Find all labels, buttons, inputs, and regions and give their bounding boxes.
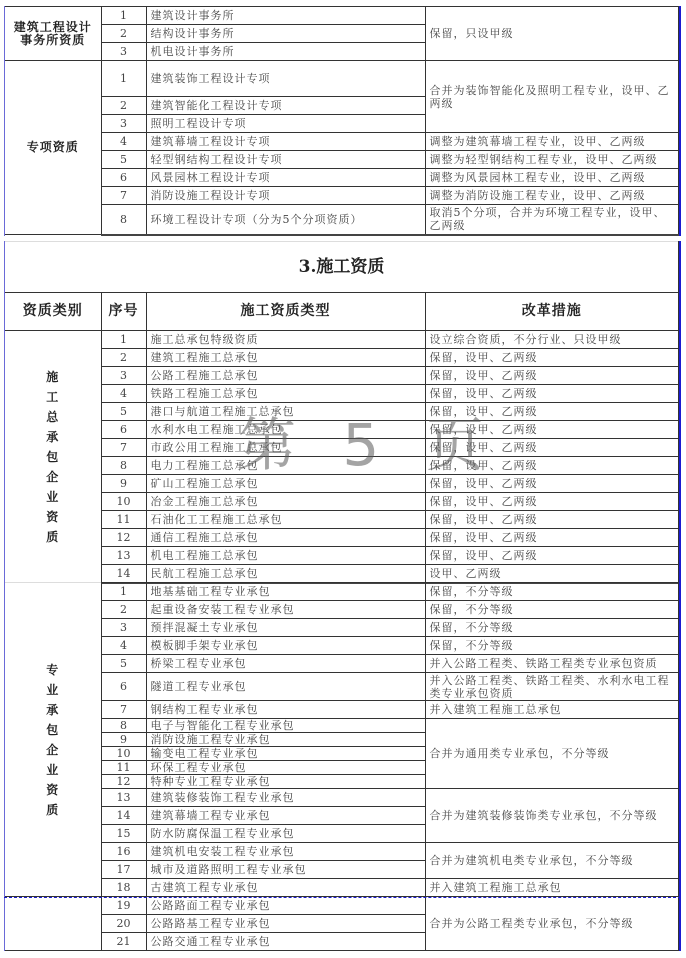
qualification-name: 机电工程施工总承包 (146, 547, 425, 565)
row-number: 11 (101, 511, 146, 529)
qualification-name: 铁路工程施工总承包 (146, 385, 425, 403)
row-number: 14 (101, 807, 146, 825)
category-specialty-contracting: 专业承包企业资质 (5, 583, 101, 897)
qualification-name: 建筑智能化工程设计专项 (146, 97, 425, 115)
reform-measure: 调整为轻型钢结构工程专业，设甲、乙两级 (425, 151, 679, 169)
row-number: 19 (101, 897, 146, 915)
reform-measure: 调整为消防设施工程专业，设甲、乙两级 (425, 187, 679, 205)
category-general-contracting: 施工总承包企业资质 (5, 331, 101, 583)
row-number: 8 (101, 457, 146, 475)
qualification-name: 结构设计事务所 (146, 25, 425, 43)
reform-measure: 合并为建筑机电类专业承包，不分等级 (425, 843, 679, 879)
section-title: 3.施工资质 (5, 242, 679, 293)
qualification-name: 环境工程设计专项（分为5个分项资质） (146, 205, 425, 235)
row-number: 4 (101, 637, 146, 655)
row-number: 21 (101, 933, 146, 951)
qualification-name: 城市及道路照明工程专业承包 (146, 861, 425, 879)
reform-measure: 合并为建筑装修装饰类专业承包，不分等级 (425, 789, 679, 843)
table-row: 8 电力工程施工总承包 保留，设甲、乙两级 (5, 457, 679, 475)
header-category: 资质类别 (5, 293, 101, 331)
qualification-name: 古建筑工程专业承包 (146, 879, 425, 897)
table-row: 2 建筑工程施工总承包 保留，设甲、乙两级 (5, 349, 679, 367)
row-number: 15 (101, 825, 146, 843)
row-number: 2 (101, 97, 146, 115)
row-number: 5 (101, 403, 146, 421)
row-number: 5 (101, 655, 146, 673)
row-number: 6 (101, 673, 146, 701)
row-number: 7 (101, 187, 146, 205)
row-number: 13 (101, 789, 146, 807)
reform-measure: 设立综合资质，不分行业、只设甲级 (425, 331, 679, 349)
table-row: 12 通信工程施工总承包 保留，设甲、乙两级 (5, 529, 679, 547)
qualification-name: 建筑机电安装工程专业承包 (146, 843, 425, 861)
row-number: 1 (101, 61, 146, 97)
reform-measure: 并入建筑工程施工总承包 (425, 701, 679, 719)
table-row: 4 铁路工程施工总承包 保留，设甲、乙两级 (5, 385, 679, 403)
reform-measure: 并入公路工程类、铁路工程类专业承包资质 (425, 655, 679, 673)
header-type: 施工资质类型 (146, 293, 425, 331)
row-number: 4 (101, 133, 146, 151)
qualification-name: 起重设备安装工程专业承包 (146, 601, 425, 619)
table-row: 5 桥梁工程专业承包 并入公路工程类、铁路工程类专业承包资质 (5, 655, 679, 673)
table-row: 2 起重设备安装工程专业承包 保留，不分等级 (5, 601, 679, 619)
row-number: 1 (101, 583, 146, 601)
qualification-name: 建筑幕墙工程设计专项 (146, 133, 425, 151)
table-row: 6 水利水电工程施工总承包 保留，设甲、乙两级 (5, 421, 679, 439)
qualification-name: 矿山工程施工总承包 (146, 475, 425, 493)
reform-measure: 保留，设甲、乙两级 (425, 493, 679, 511)
qualification-name: 建筑装修装饰工程专业承包 (146, 789, 425, 807)
reform-measure: 保留，设甲、乙两级 (425, 421, 679, 439)
row-number: 4 (101, 385, 146, 403)
table-row: 11 石油化工工程施工总承包 保留，设甲、乙两级 (5, 511, 679, 529)
row-number: 9 (101, 475, 146, 493)
qualification-name: 市政公用工程施工总承包 (146, 439, 425, 457)
row-number: 2 (101, 349, 146, 367)
table-row: 13 机电工程施工总承包 保留，设甲、乙两级 (5, 547, 679, 565)
qualification-name: 民航工程施工总承包 (146, 565, 425, 583)
reform-measure: 保留，设甲、乙两级 (425, 349, 679, 367)
qualification-name: 特种专业工程专业承包 (146, 775, 425, 789)
qualification-name: 水利水电工程施工总承包 (146, 421, 425, 439)
row-number: 12 (101, 529, 146, 547)
design-qualification-table-tail: 建筑工程设计 事务所资质 1 建筑设计事务所 保留，只设甲级 2 结构设计事务所… (4, 6, 681, 236)
reform-measure: 保留，设甲、乙两级 (425, 547, 679, 565)
row-number: 17 (101, 861, 146, 879)
header-number: 序号 (101, 293, 146, 331)
reform-measure: 保留，不分等级 (425, 637, 679, 655)
table-row: 4 模板脚手架专业承包 保留，不分等级 (5, 637, 679, 655)
qualification-name: 公路路基工程专业承包 (146, 915, 425, 933)
qualification-name: 输变电工程专业承包 (146, 747, 425, 761)
table-row: 16 建筑机电安装工程专业承包 合并为建筑机电类专业承包，不分等级 (5, 843, 679, 861)
row-number: 3 (101, 367, 146, 385)
row-number: 2 (101, 601, 146, 619)
table-row: 6 隧道工程专业承包 并入公路工程类、铁路工程类、水利水电工程类专业承包资质 (5, 673, 679, 701)
row-number: 6 (101, 169, 146, 187)
reform-measure: 合并为装饰智能化及照明工程专业，设甲、乙两级 (425, 61, 679, 133)
row-number: 8 (101, 719, 146, 733)
category-design-office: 建筑工程设计 事务所资质 (5, 7, 101, 61)
qualification-name: 环保工程专业承包 (146, 761, 425, 775)
row-number: 3 (101, 43, 146, 61)
qualification-name: 通信工程施工总承包 (146, 529, 425, 547)
table-row: 7 钢结构工程专业承包 并入建筑工程施工总承包 (5, 701, 679, 719)
table-row: 8 电子与智能化工程专业承包 合并为通用类专业承包，不分等级 (5, 719, 679, 733)
qualification-name: 机电设计事务所 (146, 43, 425, 61)
table-row: 10 冶金工程施工总承包 保留，设甲、乙两级 (5, 493, 679, 511)
table-row: 14 民航工程施工总承包 设甲、乙两级 (5, 565, 679, 583)
header-measure: 改革措施 (425, 293, 679, 331)
reform-measure: 调整为建筑幕墙工程专业，设甲、乙两级 (425, 133, 679, 151)
qualification-name: 建筑幕墙工程专业承包 (146, 807, 425, 825)
row-number: 10 (101, 747, 146, 761)
table-row: 19 公路路面工程专业承包 合并为公路工程类专业承包，不分等级 (5, 897, 679, 915)
reform-measure: 保留，只设甲级 (425, 7, 679, 61)
row-number: 13 (101, 547, 146, 565)
qualification-name: 建筑设计事务所 (146, 7, 425, 25)
qualification-name: 公路工程施工总承包 (146, 367, 425, 385)
table-row: 7 市政公用工程施工总承包 保留，设甲、乙两级 (5, 439, 679, 457)
reform-measure: 保留，设甲、乙两级 (425, 475, 679, 493)
table-row: 13 建筑装修装饰工程专业承包 合并为建筑装修装饰类专业承包，不分等级 (5, 789, 679, 807)
qualification-name: 建筑工程施工总承包 (146, 349, 425, 367)
table-row: 施工总承包企业资质 1 施工总承包特级资质 设立综合资质，不分行业、只设甲级 (5, 331, 679, 349)
reform-measure: 保留，不分等级 (425, 619, 679, 637)
qualification-name: 公路交通工程专业承包 (146, 933, 425, 951)
reform-measure: 保留，设甲、乙两级 (425, 529, 679, 547)
reform-measure: 设甲、乙两级 (425, 565, 679, 583)
qualification-name: 钢结构工程专业承包 (146, 701, 425, 719)
row-number: 7 (101, 439, 146, 457)
table-row: 3 公路工程施工总承包 保留，设甲、乙两级 (5, 367, 679, 385)
reform-measure: 保留，设甲、乙两级 (425, 511, 679, 529)
qualification-name: 风景园林工程设计专项 (146, 169, 425, 187)
reform-measure: 并入建筑工程施工总承包 (425, 879, 679, 897)
qualification-name: 电子与智能化工程专业承包 (146, 719, 425, 733)
reform-measure: 取消5个分项，合并为环境工程专业，设甲、乙两级 (425, 205, 679, 235)
table-row: 18 古建筑工程专业承包 并入建筑工程施工总承包 (5, 879, 679, 897)
construction-qualification-table: 3.施工资质 资质类别 序号 施工资质类型 改革措施 施工总承包企业资质 1 施… (4, 241, 681, 584)
table-row: 3 预拌混凝土专业承包 保留，不分等级 (5, 619, 679, 637)
row-number: 16 (101, 843, 146, 861)
reform-measure: 保留，设甲、乙两级 (425, 385, 679, 403)
qualification-name: 桥梁工程专业承包 (146, 655, 425, 673)
qualification-name: 冶金工程施工总承包 (146, 493, 425, 511)
table-row: 5 港口与航道工程施工总承包 保留，设甲、乙两级 (5, 403, 679, 421)
row-number: 1 (101, 7, 146, 25)
reform-measure: 调整为风景园林工程专业，设甲、乙两级 (425, 169, 679, 187)
row-number: 10 (101, 493, 146, 511)
row-number: 1 (101, 331, 146, 349)
row-number: 7 (101, 701, 146, 719)
qualification-name: 消防设施工程专业承包 (146, 733, 425, 747)
row-number: 3 (101, 619, 146, 637)
qualification-name: 模板脚手架专业承包 (146, 637, 425, 655)
qualification-name: 隧道工程专业承包 (146, 673, 425, 701)
row-number: 14 (101, 565, 146, 583)
reform-measure: 保留，设甲、乙两级 (425, 439, 679, 457)
qualification-name: 公路路面工程专业承包 (146, 897, 425, 915)
qualification-name: 照明工程设计专项 (146, 115, 425, 133)
reform-measure: 保留，设甲、乙两级 (425, 403, 679, 421)
reform-measure: 合并为通用类专业承包，不分等级 (425, 719, 679, 789)
row-number: 2 (101, 25, 146, 43)
qualification-name: 施工总承包特级资质 (146, 331, 425, 349)
row-number: 6 (101, 421, 146, 439)
reform-measure: 保留，设甲、乙两级 (425, 457, 679, 475)
row-number: 8 (101, 205, 146, 235)
row-number: 9 (101, 733, 146, 747)
specialty-contracting-table: 专业承包企业资质 1 地基基础工程专业承包 保留，不分等级 2 起重设备安装工程… (4, 582, 681, 951)
row-number: 5 (101, 151, 146, 169)
reform-measure: 并入公路工程类、铁路工程类、水利水电工程类专业承包资质 (425, 673, 679, 701)
qualification-name: 轻型钢结构工程设计专项 (146, 151, 425, 169)
qualification-name: 港口与航道工程施工总承包 (146, 403, 425, 421)
qualification-name: 预拌混凝土专业承包 (146, 619, 425, 637)
table-row: 9 矿山工程施工总承包 保留，设甲、乙两级 (5, 475, 679, 493)
qualification-name: 建筑装饰工程设计专项 (146, 61, 425, 97)
qualification-name: 消防设施工程设计专项 (146, 187, 425, 205)
table-row: 专业承包企业资质 1 地基基础工程专业承包 保留，不分等级 (5, 583, 679, 601)
reform-measure: 保留，不分等级 (425, 601, 679, 619)
reform-measure: 保留，不分等级 (425, 583, 679, 601)
row-number: 3 (101, 115, 146, 133)
category-specialty-continued (5, 897, 101, 951)
row-number: 20 (101, 915, 146, 933)
row-number: 12 (101, 775, 146, 789)
reform-measure: 合并为公路工程类专业承包，不分等级 (425, 897, 679, 951)
qualification-name: 防水防腐保温工程专业承包 (146, 825, 425, 843)
reform-measure: 保留，设甲、乙两级 (425, 367, 679, 385)
qualification-name: 石油化工工程施工总承包 (146, 511, 425, 529)
row-number: 18 (101, 879, 146, 897)
header-row: 资质类别 序号 施工资质类型 改革措施 (5, 293, 679, 331)
page-break-divider (4, 897, 681, 898)
row-number: 11 (101, 761, 146, 775)
qualification-name: 地基基础工程专业承包 (146, 583, 425, 601)
qualification-name: 电力工程施工总承包 (146, 457, 425, 475)
category-special-qualification: 专项资质 (5, 61, 101, 235)
